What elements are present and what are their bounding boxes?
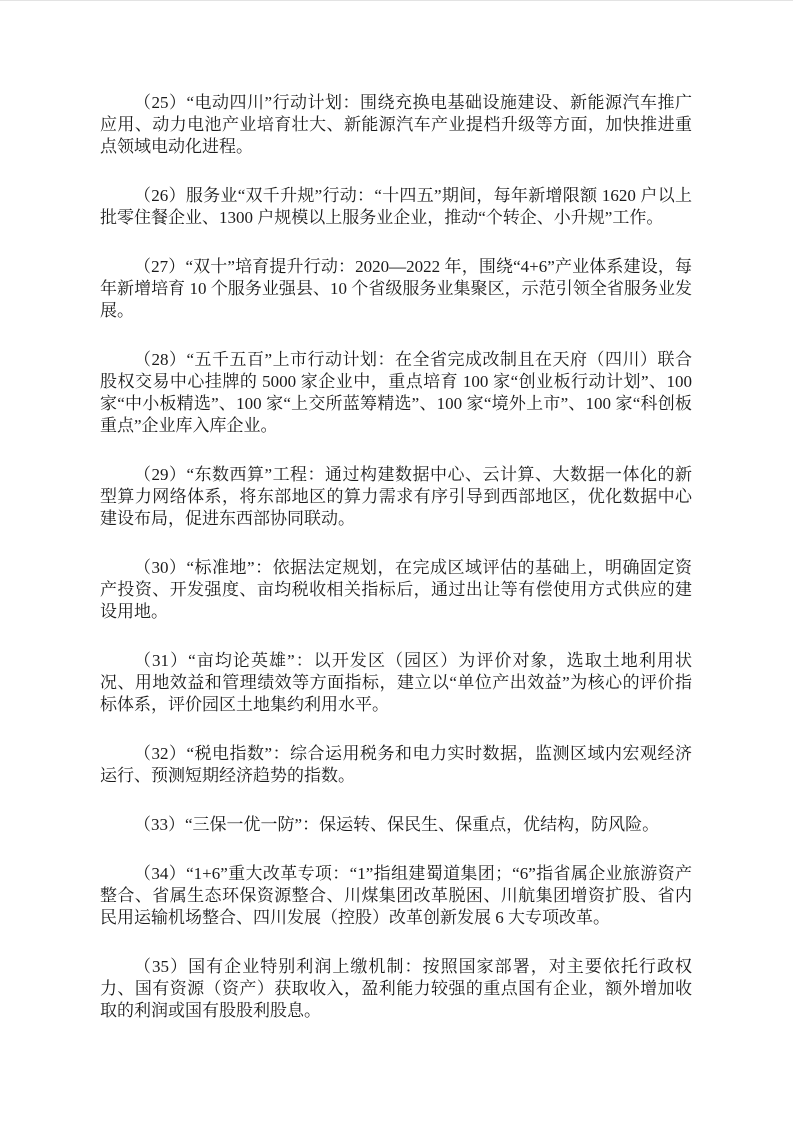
paragraph-item-31: （31）“亩均论英雄”：以开发区（园区）为评价对象，选取土地利用状况、用地效益和… bbox=[100, 650, 692, 716]
document-page: （25）“电动四川”行动计划：围绕充换电基础设施建设、新能源汽车推广应用、动力电… bbox=[0, 0, 793, 1122]
paragraph-item-35: （35）国有企业特别利润上缴机制：按照国家部署，对主要依托行政权力、国有资源（资… bbox=[100, 956, 692, 1022]
paragraph-item-33: （33）“三保一优一防”：保运转、保民生、保重点，优结构，防风险。 bbox=[100, 814, 692, 836]
paragraph-item-34: （34）“1+6”重大改革专项：“1”指组建蜀道集团；“6”指省属企业旅游资产整… bbox=[100, 863, 692, 929]
document-body: （25）“电动四川”行动计划：围绕充换电基础设施建设、新能源汽车推广应用、动力电… bbox=[100, 92, 692, 1022]
paragraph-item-28: （28）“五千五百”上市行动计划：在全省完成改制且在天府（四川）联合股权交易中心… bbox=[100, 349, 692, 437]
paragraph-item-25: （25）“电动四川”行动计划：围绕充换电基础设施建设、新能源汽车推广应用、动力电… bbox=[100, 92, 692, 158]
paragraph-item-30: （30）“标准地”：依据法定规划，在完成区域评估的基础上，明确固定资产投资、开发… bbox=[100, 557, 692, 623]
paragraph-item-32: （32）“税电指数”：综合运用税务和电力实时数据，监测区域内宏观经济运行、预测短… bbox=[100, 743, 692, 787]
paragraph-item-27: （27）“双十”培育提升行动：2020—2022 年，围绕“4+6”产业体系建设… bbox=[100, 256, 692, 322]
paragraph-item-26: （26）服务业“双千升规”行动：“十四五”期间，每年新增限额 1620 户以上批… bbox=[100, 185, 692, 229]
paragraph-item-29: （29）“东数西算”工程：通过构建数据中心、云计算、大数据一体化的新型算力网络体… bbox=[100, 464, 692, 530]
